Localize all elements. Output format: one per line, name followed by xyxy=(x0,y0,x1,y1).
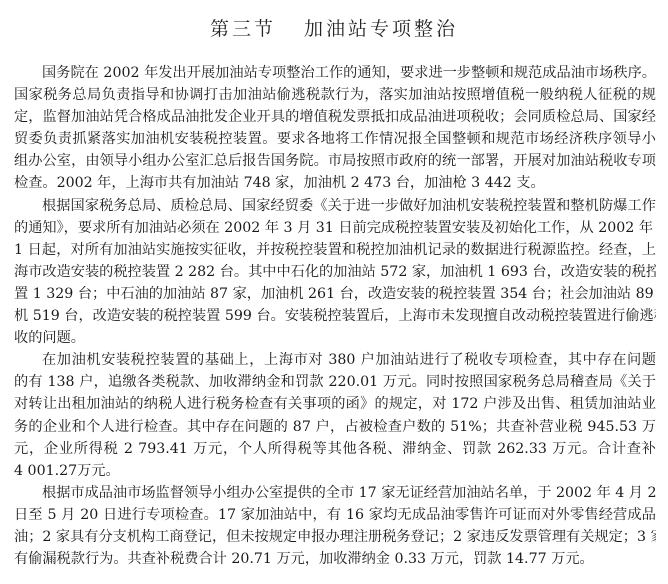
text-line: 的通知》，要求所有加油站必须在 2002 年 3 月 31 日前完成税控装置安装… xyxy=(14,217,656,239)
text-line: 国务院在 2002 年发出开展加油站专项整治工作的通知，要求进一步整顿和规范成品… xyxy=(14,62,656,84)
paragraph-2: 根据国家税务总局、质检总局、国家经贸委《关于进一步做好加油机安装税控装置和整机防… xyxy=(14,195,656,350)
text-line: 4 001.27万元。 xyxy=(14,460,656,482)
text-line: 组办公室，由领导小组办公室汇总后报告国务院。市局按照市政府的统一部署，开展对加油… xyxy=(14,150,656,172)
paragraph-3: 在加油机安装税控装置的基础上，上海市对 380 户加油站进行了税收专项检查，其中… xyxy=(14,349,656,482)
text-line: 贸委负责抓紧落实加油机安装税控装置。要求各地将工作情况报全国整顿和规范市场经济秩… xyxy=(14,128,656,150)
text-line: 检查。2002 年，上海市共有加油站 748 家，加油机 2 473 台，加油枪… xyxy=(14,172,656,194)
text-line: 对转让出租加油站的纳税人进行税务检查有关事项的函》的规定，对 172 户涉及出售… xyxy=(14,393,656,415)
text-line: 1 日起，对所有加油站实施按实征收，并按税控装置和税控加油机记录的数据进行税源监… xyxy=(14,239,656,261)
section-title: 加油站专项整治 xyxy=(304,18,458,40)
paragraph-1: 国务院在 2002 年发出开展加油站专项整治工作的通知，要求进一步整顿和规范成品… xyxy=(14,62,656,195)
text-line: 油；2 家具有分支机构工商登记，但未按规定申报办理注册税务登记；2 家违反发票管… xyxy=(14,526,656,548)
text-line: 定，监督加油站凭合格成品油批发企业开具的增值税发票抵扣成品油进项税收；会同质检总… xyxy=(14,106,656,128)
text-line: 根据国家税务总局、质检总局、国家经贸委《关于进一步做好加油机安装税控装置和整机防… xyxy=(14,195,656,217)
text-line: 日至 5 月 20 日进行专项检查。17 家加油站中，有 16 家均无成品油零售… xyxy=(14,504,656,526)
text-line: 根据市成品油市场监督领导小组办公室提供的全市 17 家无证经营加油站名单，于 2… xyxy=(14,482,656,504)
document-body: 国务院在 2002 年发出开展加油站专项整治工作的通知，要求进一步整顿和规范成品… xyxy=(14,62,656,570)
text-line: 海市改造安装的税控装置 2 282 台。其中中石化的加油站 572 家，加油机 … xyxy=(14,261,656,283)
paragraph-4: 根据市成品油市场监督领导小组办公室提供的全市 17 家无证经营加油站名单，于 2… xyxy=(14,482,656,570)
section-number: 第三节 xyxy=(210,18,276,40)
section-heading: 第三节加油站专项整治 xyxy=(0,14,668,41)
text-line: 务的企业和个人进行检查。其中存在问题的 87 户，占被检查户数的 51%；共查补… xyxy=(14,416,656,438)
text-line: 置 1 329 台；中石油的加油站 87 家，加油机 261 台，改造安装的税控… xyxy=(14,283,656,305)
text-line: 机 519 台，改造安装的税控装置 599 台。安装税控装置后，上海市未发现擅自… xyxy=(14,305,656,327)
text-line: 元，企业所得税 2 793.41 万元，个人所得税等其他各税、滞纳金、罚款 26… xyxy=(14,438,656,460)
text-line: 在加油机安装税控装置的基础上，上海市对 380 户加油站进行了税收专项检查，其中… xyxy=(14,349,656,371)
text-line: 国家税务总局负责指导和协调打击加油站偷逃税款行为，落实加油站按照增值税一般纳税人… xyxy=(14,84,656,106)
text-line: 收的问题。 xyxy=(14,327,656,349)
text-line: 有偷漏税款行为。共查补税费合计 20.71 万元，加收滞纳金 0.33 万元，罚… xyxy=(14,548,656,570)
text-line: 的有 138 户，追缴各类税款、加收滞纳金和罚款 220.01 万元。同时按照国… xyxy=(14,371,656,393)
